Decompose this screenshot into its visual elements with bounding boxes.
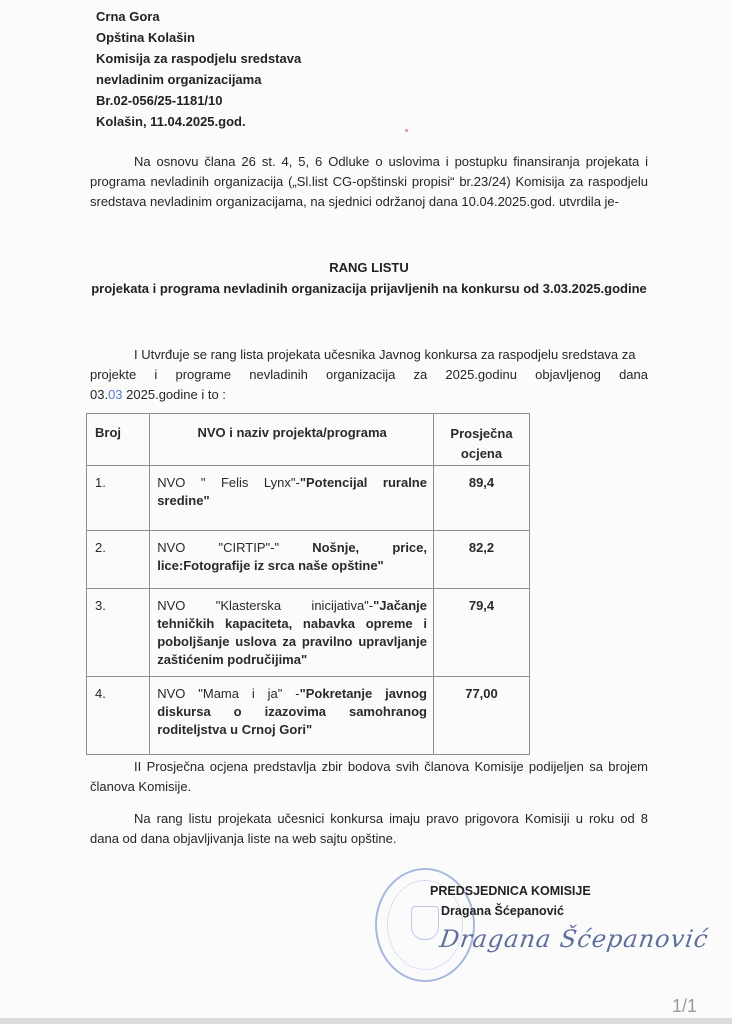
title-subtitle: projekata i programa nevladinih organiza… <box>90 278 648 299</box>
document-page: Crna Gora Opština Kolašin Komisija za ra… <box>0 0 732 1018</box>
scan-artifact <box>405 129 408 132</box>
ranking-table: Broj NVO i naziv projekta/programa Prosj… <box>86 413 530 755</box>
signatory-name: Dragana Šćepanović <box>441 904 564 918</box>
section-one-line-1: I Utvrđuje se rang lista projekata učesn… <box>90 345 648 365</box>
row-number: 2. <box>87 531 150 589</box>
row-score: 79,4 <box>434 589 530 677</box>
document-title: RANG LISTU projekata i programa nevladin… <box>90 257 648 299</box>
row-ngo-project: NVO "Klasterska inicijativa"-"Jačanje te… <box>150 589 434 677</box>
section-one-line-3: 03.03 2025.godine i to : <box>90 385 648 405</box>
signatory-title: PREDSJEDNICA KOMISIJE <box>430 884 591 898</box>
header-commission: Komisija za raspodjelu sredstava <box>96 48 301 69</box>
table-header-row: Broj NVO i naziv projekta/programa Prosj… <box>87 414 530 466</box>
handwritten-correction: 03 <box>108 387 122 402</box>
header-number: Broj <box>87 414 150 466</box>
section-two-paragraph: II Prosječna ocjena predstavlja zbir bod… <box>90 757 648 797</box>
row-number: 3. <box>87 589 150 677</box>
closing-paragraph: Na rang listu projekata učesnici konkurs… <box>90 809 648 849</box>
page-indicator: 1/1 <box>672 996 697 1017</box>
title-main: RANG LISTU <box>90 257 648 278</box>
row-score: 82,2 <box>434 531 530 589</box>
table-row: 2. NVO "CIRTIP"-" Nošnje, price, lice:Fo… <box>87 531 530 589</box>
row-ngo-project: NVO " Felis Lynx"-"Potencijal ruralne sr… <box>150 466 434 531</box>
ngo-name: NVO "Klasterska inicijativa"- <box>157 598 373 613</box>
header-municipality: Opština Kolašin <box>96 27 301 48</box>
row-ngo-project: NVO "CIRTIP"-" Nošnje, price, lice:Fotog… <box>150 531 434 589</box>
ngo-name: NVO " Felis Lynx"- <box>157 475 300 490</box>
table-row: 4. NVO "Mama i ja" -"Pokretanje javnog d… <box>87 677 530 755</box>
header-commission-cont: nevladinim organizacijama <box>96 69 301 90</box>
coat-of-arms-icon <box>411 906 439 940</box>
table-row: 1. NVO " Felis Lynx"-"Potencijal ruralne… <box>87 466 530 531</box>
header-country: Crna Gora <box>96 6 301 27</box>
row-number: 4. <box>87 677 150 755</box>
viewer-bottom-bar <box>0 1018 732 1024</box>
header-average-score: Prosječna ocjena <box>434 414 530 466</box>
ngo-name: NVO "Mama i ja" - <box>157 686 299 701</box>
intro-paragraph: Na osnovu člana 26 st. 4, 5, 6 Odluke o … <box>90 152 648 212</box>
header-date: Kolašin, 11.04.2025.god. <box>96 111 301 132</box>
table-row: 3. NVO "Klasterska inicijativa"-"Jačanje… <box>87 589 530 677</box>
section-one-paragraph: I Utvrđuje se rang lista projekata učesn… <box>90 345 648 405</box>
handwritten-signature: Dragana Šćepanović <box>438 925 710 953</box>
document-header: Crna Gora Opština Kolašin Komisija za ra… <box>96 6 301 132</box>
section-one-line-2: projekte i programe nevladinih organizac… <box>90 365 648 385</box>
header-ngo-project: NVO i naziv projekta/programa <box>150 414 434 466</box>
date-prefix: 03. <box>90 387 108 402</box>
row-number: 1. <box>87 466 150 531</box>
row-ngo-project: NVO "Mama i ja" -"Pokretanje javnog disk… <box>150 677 434 755</box>
row-score: 89,4 <box>434 466 530 531</box>
ngo-name: NVO "CIRTIP"-" <box>157 540 312 555</box>
date-suffix: 2025.godine i to : <box>123 387 226 402</box>
row-score: 77,00 <box>434 677 530 755</box>
header-reference-number: Br.02-056/25-1181/10 <box>96 90 301 111</box>
